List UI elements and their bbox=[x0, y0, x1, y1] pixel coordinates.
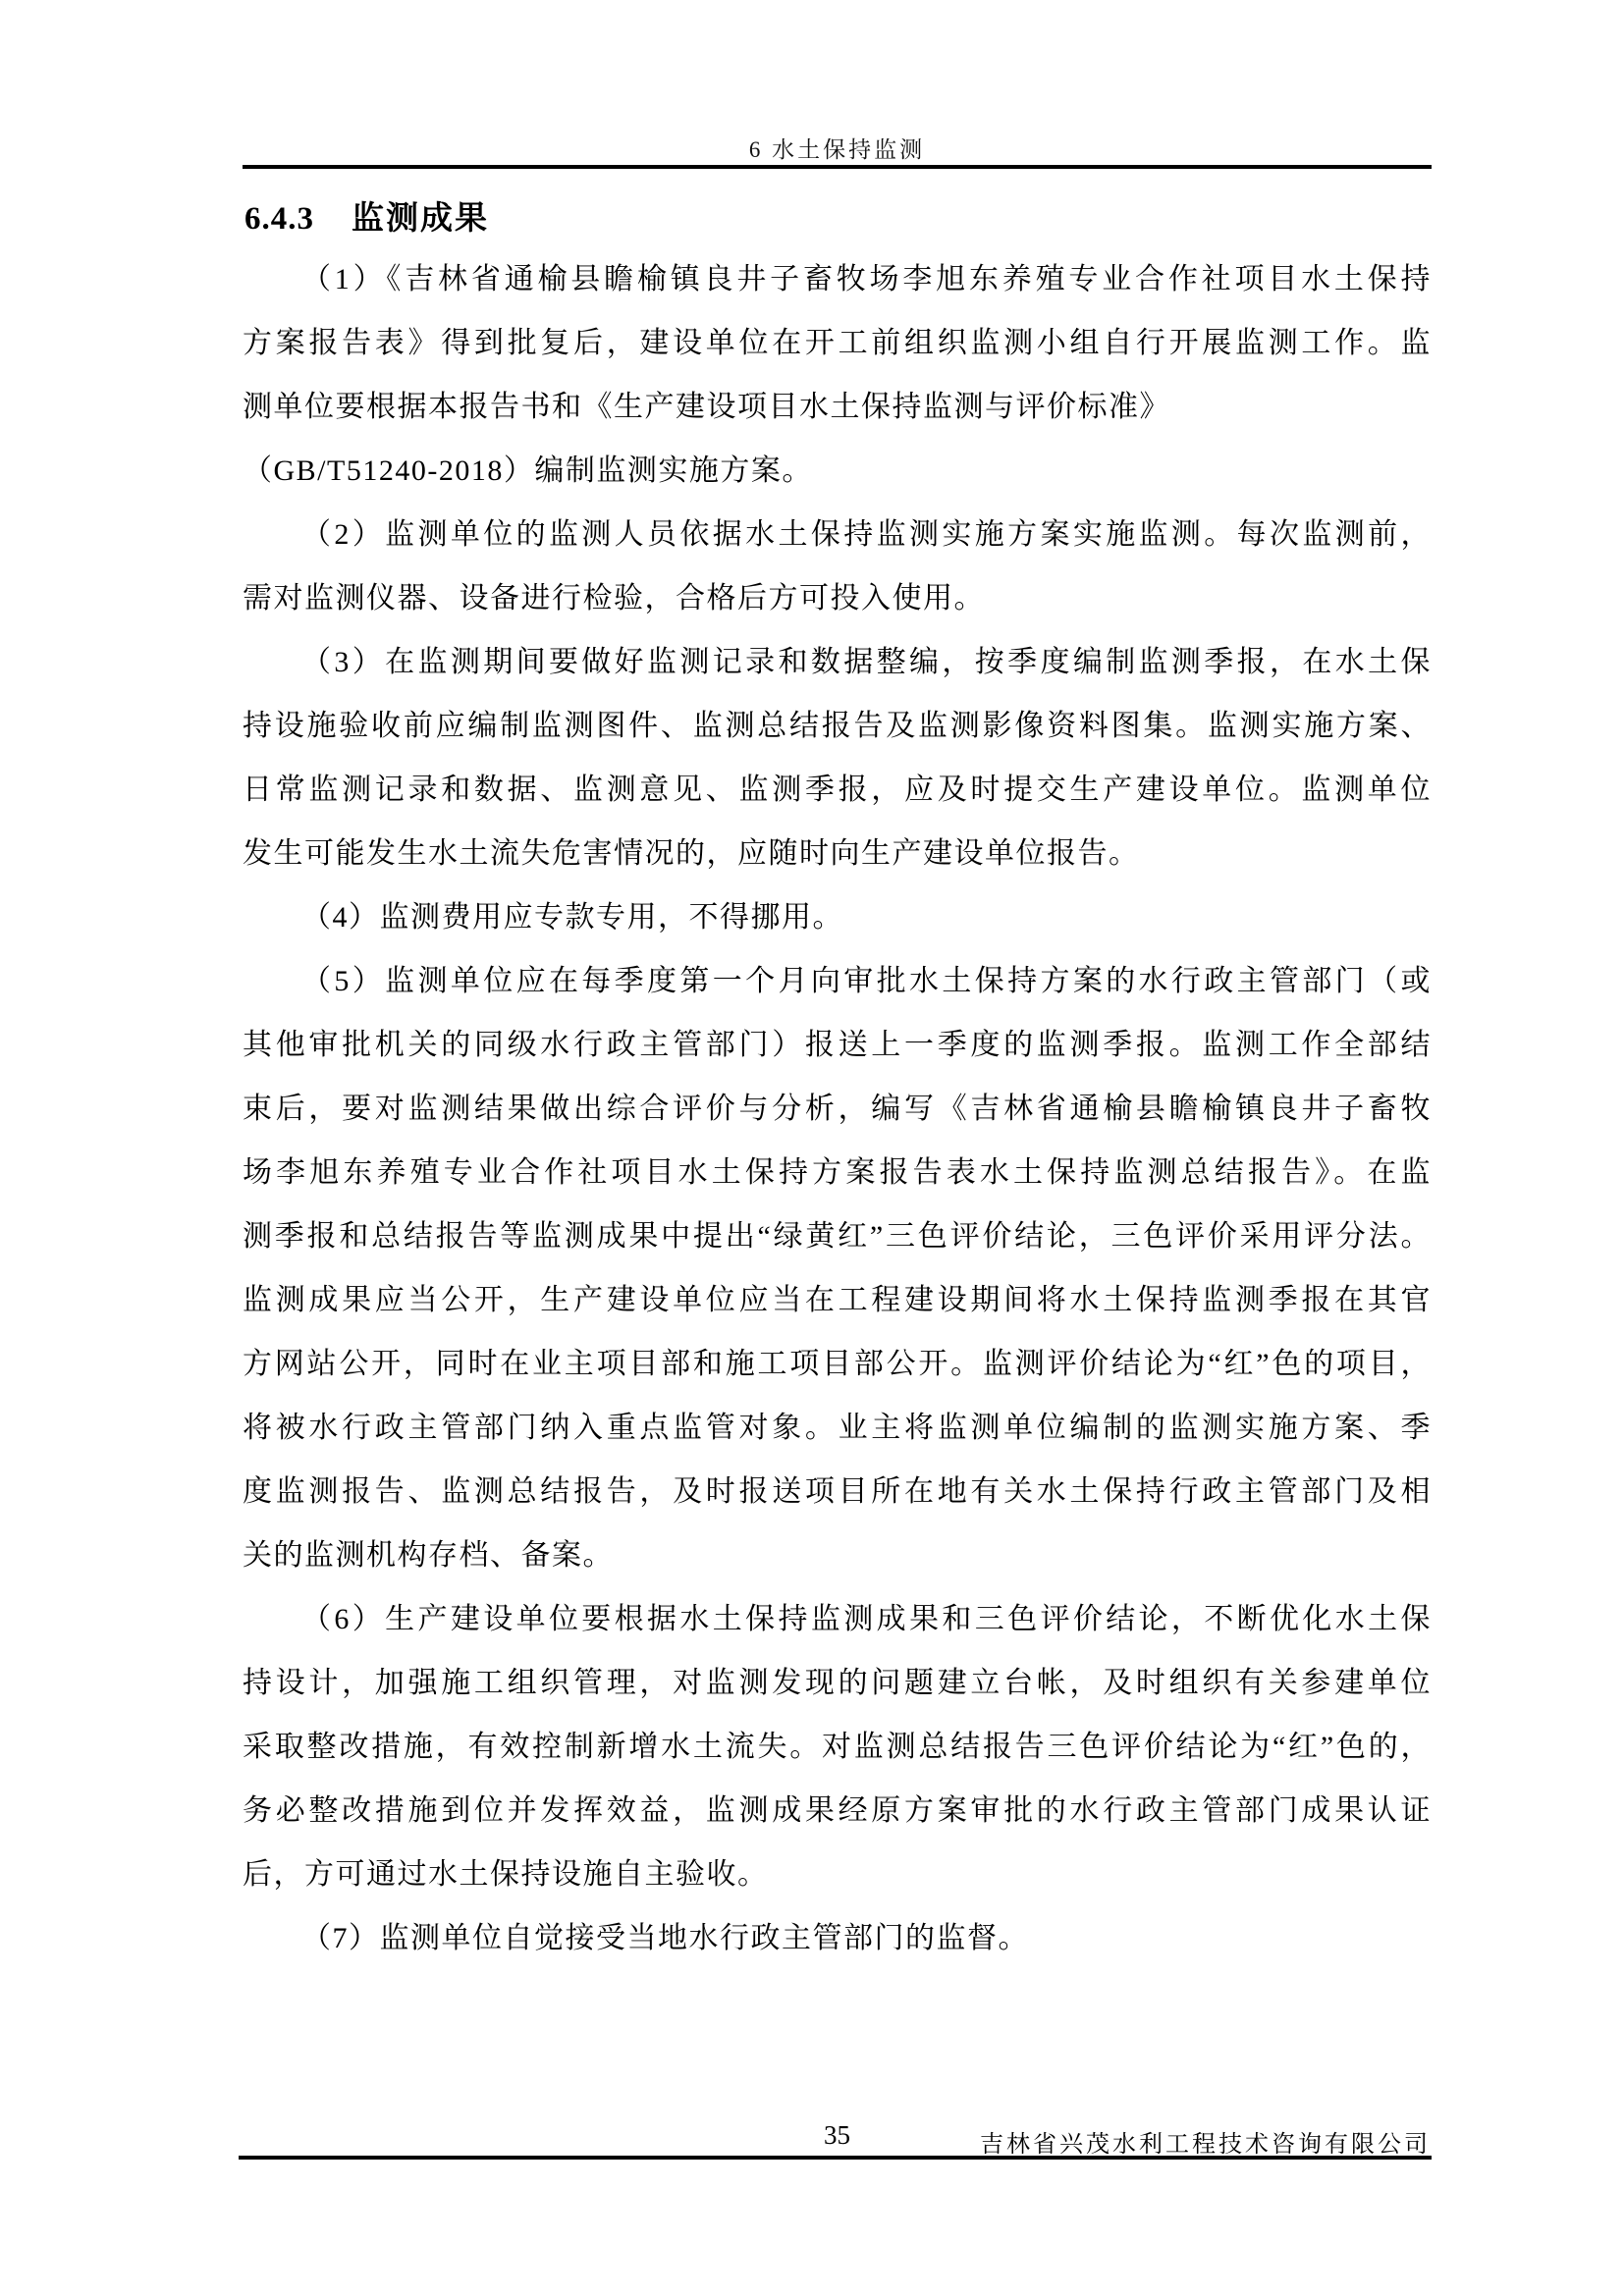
footer-rule bbox=[239, 2156, 1432, 2160]
body-line: 方案报告表》得到批复后，建设单位在开工前组织监测小组自行开展监测工作。监 bbox=[243, 311, 1432, 375]
body-line: 日常监测记录和数据、监测意见、监测季报，应及时提交生产建设单位。监测单位 bbox=[243, 758, 1432, 822]
header-rule bbox=[243, 165, 1432, 169]
body-line: 测季报和总结报告等监测成果中提出“绿黄红”三色评价结论，三色评价采用评分法。 bbox=[243, 1204, 1432, 1268]
body-line: 监测成果应当公开，生产建设单位应当在工程建设期间将水土保持监测季报在其官 bbox=[243, 1268, 1432, 1332]
body-line: 务必整改措施到位并发挥效益，监测成果经原方案审批的水行政主管部门成果认证 bbox=[243, 1779, 1432, 1842]
body-line: 其他审批机关的同级水行政主管部门）报送上一季度的监测季报。监测工作全部结 bbox=[243, 1013, 1432, 1077]
body-line: 发生可能发生水土流失危害情况的，应随时向生产建设单位报告。 bbox=[243, 822, 1432, 885]
body-line: 持设计，加强施工组织管理，对监测发现的问题建立台帐，及时组织有关参建单位 bbox=[243, 1651, 1432, 1715]
body-line: 方网站公开，同时在业主项目部和施工项目部公开。监测评价结论为“红”色的项目， bbox=[243, 1332, 1432, 1396]
body-line: （5）监测单位应在每季度第一个月向审批水土保持方案的水行政主管部门（或 bbox=[243, 949, 1432, 1013]
body-line: 关的监测机构存档、备案。 bbox=[243, 1523, 1432, 1587]
body-line: 度监测报告、监测总结报告，及时报送项目所在地有关水土保持行政主管部门及相 bbox=[243, 1460, 1432, 1523]
running-header: 6 水土保持监测 bbox=[243, 132, 1432, 164]
body-line: 持设施验收前应编制监测图件、监测总结报告及监测影像资料图集。监测实施方案、 bbox=[243, 694, 1432, 758]
body-line: 将被水行政主管部门纳入重点监管对象。业主将监测单位编制的监测实施方案、季 bbox=[243, 1396, 1432, 1460]
body-line: （GB/T51240-2018）编制监测实施方案。 bbox=[243, 439, 1432, 503]
section-heading: 6.4.3监测成果 bbox=[244, 192, 489, 239]
body-line: （7）监测单位自觉接受当地水行政主管部门的监督。 bbox=[243, 1906, 1432, 1970]
body-line: （3）在监测期间要做好监测记录和数据整编，按季度编制监测季报，在水土保 bbox=[243, 630, 1432, 694]
body-line: 场李旭东养殖专业合作社项目水土保持方案报告表水土保持监测总结报告》。在监 bbox=[243, 1141, 1432, 1204]
footer-company-name: 吉林省兴茂水利工程技术咨询有限公司 bbox=[980, 2124, 1431, 2159]
section-number: 6.4.3 bbox=[244, 201, 314, 237]
body-line: 采取整改措施，有效控制新增水土流失。对监测总结报告三色评价结论为“红”色的， bbox=[243, 1715, 1432, 1779]
body-line: 需对监测仪器、设备进行检验，合格后方可投入使用。 bbox=[243, 566, 1432, 630]
body-line: （4）监测费用应专款专用，不得挪用。 bbox=[243, 885, 1432, 949]
body-line: 测单位要根据本报告书和《生产建设项目水土保持监测与评价标准》 bbox=[243, 375, 1432, 439]
body-line: （2）监测单位的监测人员依据水土保持监测实施方案实施监测。每次监测前， bbox=[243, 503, 1432, 566]
body-line: 束后，要对监测结果做出综合评价与分析，编写《吉林省通榆县瞻榆镇良井子畜牧 bbox=[243, 1077, 1432, 1141]
body-line: （1）《吉林省通榆县瞻榆镇良井子畜牧场李旭东养殖专业合作社项目水土保持 bbox=[243, 247, 1432, 311]
document-page: 6 水土保持监测 6.4.3监测成果 （1）《吉林省通榆县瞻榆镇良井子畜牧场李旭… bbox=[0, 0, 1624, 2296]
body-line: （6）生产建设单位要根据水土保持监测成果和三色评价结论，不断优化水土保 bbox=[243, 1587, 1432, 1651]
section-title: 监测成果 bbox=[352, 201, 489, 237]
body-line: 后，方可通过水土保持设施自主验收。 bbox=[243, 1842, 1432, 1906]
document-body: （1）《吉林省通榆县瞻榆镇良井子畜牧场李旭东养殖专业合作社项目水土保持方案报告表… bbox=[243, 247, 1432, 1970]
